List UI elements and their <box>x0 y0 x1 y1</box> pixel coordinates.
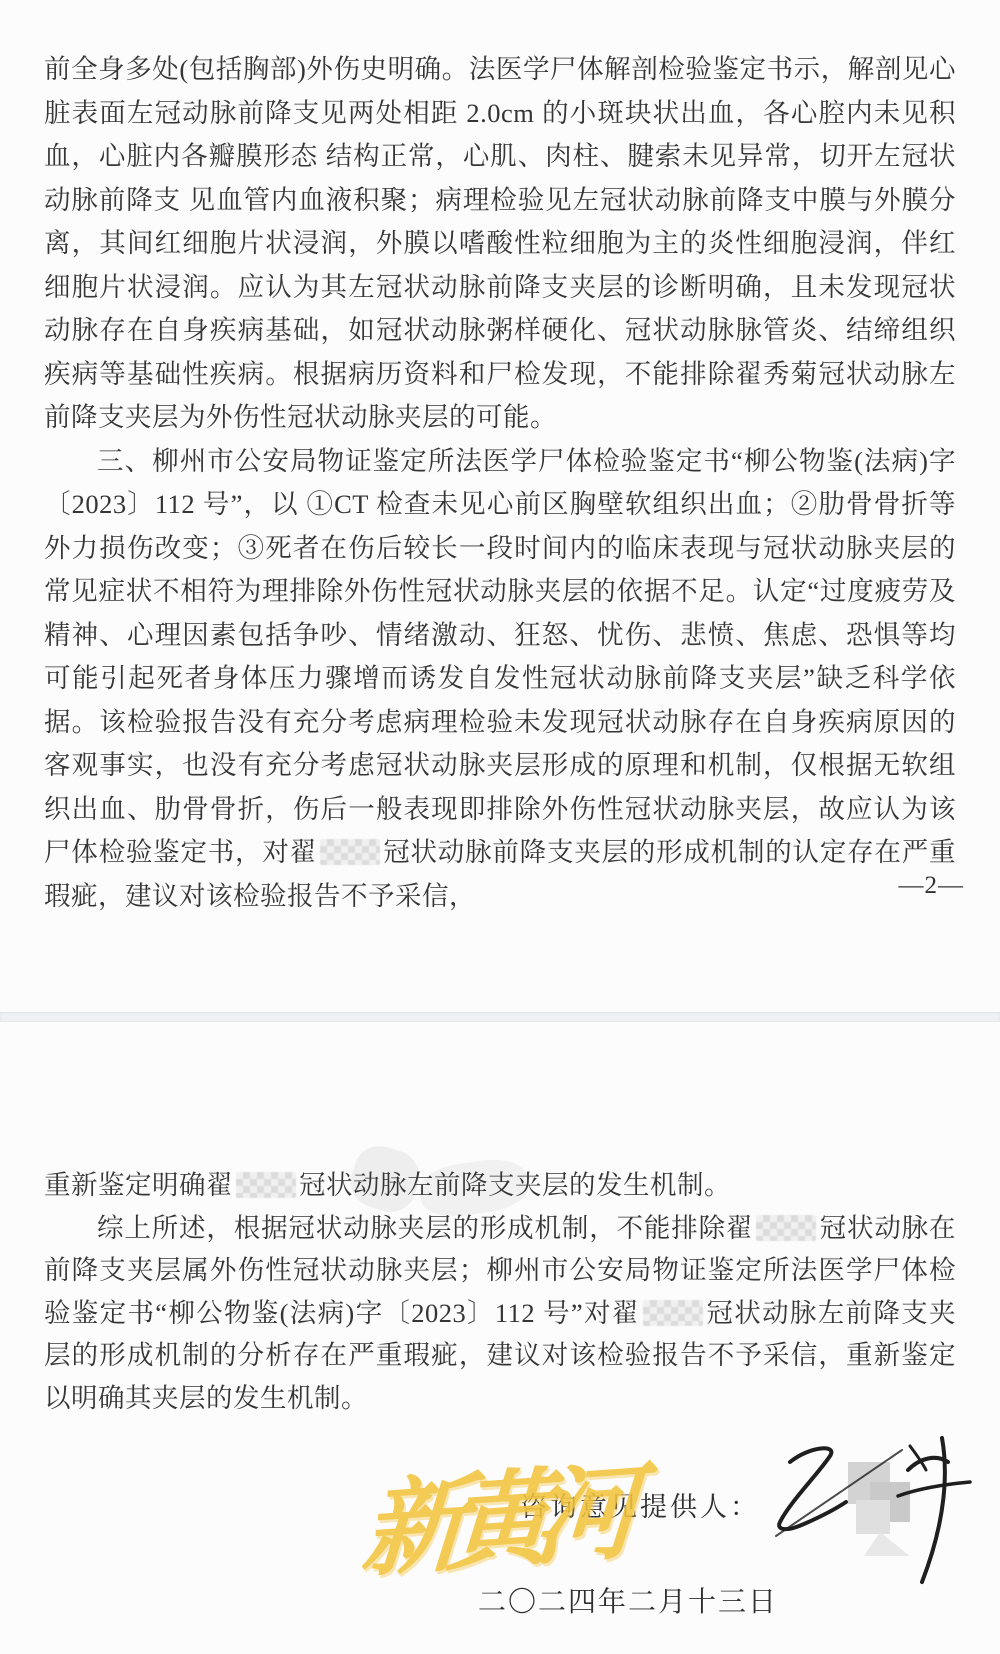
document-page-1: 前全身多处(包括胸部)外伤史明确。法医学尸体解剖检验鉴定书示，解剖见心脏表面左冠… <box>0 0 1000 1012</box>
document-photo: 前全身多处(包括胸部)外伤史明确。法医学尸体解剖检验鉴定书示，解剖见心脏表面左冠… <box>0 0 1000 1654</box>
page2-text: 重新鉴定明确翟冠状动脉左前降支夹层的发生机制。综上所述，根据冠状动脉夹层的形成机… <box>44 1164 956 1419</box>
paragraph: 重新鉴定明确翟冠状动脉左前降支夹层的发生机制。 <box>44 1164 956 1207</box>
text-run: 重新鉴定明确翟 <box>44 1170 233 1200</box>
signature-mosaic-blur <box>848 1462 910 1556</box>
text-run: 冠状动脉左前降支夹层的发生机制。 <box>299 1170 731 1200</box>
text-run: 三、柳州市公安局物证鉴定所法医学尸体检验鉴定书“柳公物鉴(法病)字〔2023〕1… <box>44 446 956 868</box>
paragraph: 前全身多处(包括胸部)外伤史明确。法医学尸体解剖检验鉴定书示，解剖见心脏表面左冠… <box>44 48 956 440</box>
redacted-name <box>320 839 380 865</box>
paragraph: 三、柳州市公安局物证鉴定所法医学尸体检验鉴定书“柳公物鉴(法病)字〔2023〕1… <box>44 440 956 919</box>
page-separator <box>0 1012 1000 1022</box>
redacted-name <box>756 1215 816 1241</box>
text-run: 综上所述，根据冠状动脉夹层的形成机制，不能排除翟 <box>97 1213 753 1243</box>
paragraph: 综上所述，根据冠状动脉夹层的形成机制，不能排除翟冠状动脉在前降支夹层属外伤性冠状… <box>44 1207 956 1420</box>
xinhuanghe-watermark: 新黄河 <box>359 1459 666 1585</box>
page-number: —2— <box>899 872 965 900</box>
handwritten-signature <box>752 1424 982 1594</box>
redacted-name <box>643 1300 703 1326</box>
redacted-name <box>236 1172 296 1198</box>
page1-text: 前全身多处(包括胸部)外伤史明确。法医学尸体解剖检验鉴定书示，解剖见心脏表面左冠… <box>44 48 956 918</box>
document-date: 二〇二四年二月十三日 <box>478 1580 778 1620</box>
text-run: 前全身多处(包括胸部)外伤史明确。法医学尸体解剖检验鉴定书示，解剖见心脏表面左冠… <box>44 54 956 432</box>
document-page-2: 重新鉴定明确翟冠状动脉左前降支夹层的发生机制。综上所述，根据冠状动脉夹层的形成机… <box>0 1022 1000 1654</box>
